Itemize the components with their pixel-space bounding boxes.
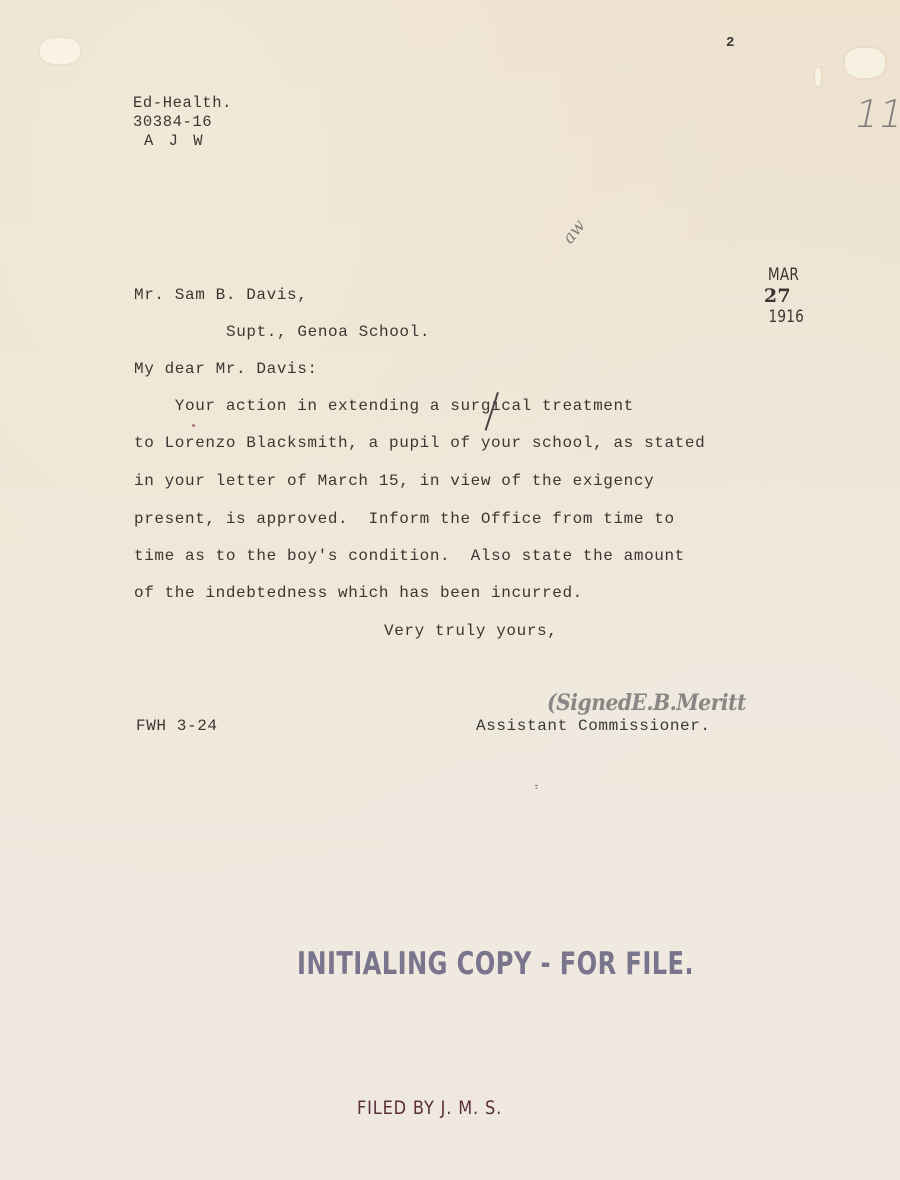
- signature-stamp: (SignedE.B.Meritt: [547, 690, 746, 716]
- addressee-title: Supt., Genoa School.: [226, 324, 430, 340]
- body-line: time as to the boy's condition. Also sta…: [134, 548, 685, 564]
- body-line: in your letter of March 15, in view of t…: [134, 473, 654, 489]
- body-line: of the indebtedness which has been incur…: [134, 585, 583, 601]
- reference-initials: A J W: [144, 132, 206, 151]
- date-stamp: MAR 27 1916: [741, 245, 808, 347]
- emboss-mark-right: [845, 48, 885, 78]
- letter-page: 2 11 Ed-Health. 30384-16 A J W aw MAR 27…: [0, 0, 900, 1180]
- ink-dot: [192, 424, 195, 427]
- body-line: to Lorenzo Blacksmith, a pupil of your s…: [134, 435, 705, 451]
- salutation: My dear Mr. Davis:: [134, 361, 318, 377]
- body-line: present, is approved. Inform the Office …: [134, 511, 675, 527]
- initialing-copy-stamp: INITIALING COPY - FOR FILE.: [297, 946, 694, 982]
- emboss-mark-small: [815, 68, 821, 86]
- filed-by-stamp: FILED BY J. M. S.: [357, 1097, 502, 1119]
- date-stamp-month: MAR: [768, 265, 799, 285]
- page-number: 2: [726, 36, 735, 50]
- typist-code: FWH 3-24: [136, 718, 218, 734]
- reference-department: Ed-Health.: [133, 94, 232, 113]
- ink-smudge: ـٕ: [535, 778, 538, 789]
- closing: Very truly yours,: [384, 623, 557, 639]
- emboss-mark-left: [40, 38, 80, 64]
- date-stamp-year: 1916: [768, 307, 804, 327]
- date-stamp-day: 27: [764, 285, 791, 307]
- signer-title: Assistant Commissioner.: [476, 718, 711, 734]
- body-line: Your action in extending a surgical trea…: [134, 398, 634, 414]
- reference-file-number: 30384-16: [133, 113, 212, 132]
- pencil-initials: aw: [559, 216, 590, 248]
- addressee-name: Mr. Sam B. Davis,: [134, 287, 307, 303]
- pencil-folio-number: 11: [850, 92, 900, 136]
